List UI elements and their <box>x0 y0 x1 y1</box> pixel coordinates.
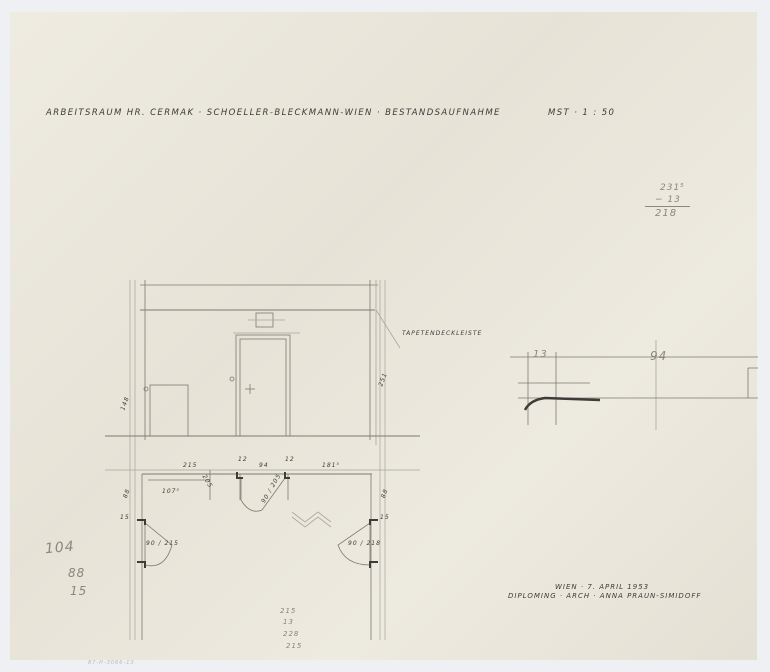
calc-result: 218 <box>655 208 677 219</box>
calc-bottom-3: 228 <box>283 630 299 638</box>
tapetendeckleiste-label: TAPETENDECKLEISTE <box>402 330 482 337</box>
door-right-dim: 90 / 218 <box>348 540 381 547</box>
door-left-dim: 90 / 215 <box>146 540 179 547</box>
scale-label: MST · 1 : 50 <box>548 108 615 118</box>
margin-note-104: 104 <box>44 539 75 558</box>
calc-line-1: 231⁵ <box>660 183 685 193</box>
calc-bottom-4: 215 <box>286 642 302 650</box>
detail-dim-94: 94 <box>650 349 667 363</box>
calc-bottom-1: 215 <box>280 607 296 615</box>
calc-bottom-2: 13 <box>283 618 294 626</box>
signature-architect: DIPLOMING · ARCH · ANNA PRAUN-SIMIDOFF <box>508 592 701 600</box>
dim-15-right: 15 <box>380 514 390 521</box>
dim-107-5: 107⁵ <box>162 488 180 495</box>
dim-215: 215 <box>183 462 197 469</box>
dim-94: 94 <box>259 462 269 469</box>
archive-stamp: 87-H-3066-13 <box>88 660 135 666</box>
margin-note-88: 88 <box>68 566 85 580</box>
architectural-linework <box>0 0 770 672</box>
dim-15-left: 15 <box>120 514 130 521</box>
calc-divider <box>645 206 690 207</box>
detail-dim-13: 13 <box>533 349 548 360</box>
calc-line-2: − 13 <box>655 195 681 205</box>
signature-date: WIEN · 7. APRIL 1953 <box>555 583 649 591</box>
dim-12-left: 12 <box>238 456 248 463</box>
dim-12-right: 12 <box>285 456 295 463</box>
margin-note-15: 15 <box>70 584 87 598</box>
dim-181-5: 181⁵ <box>322 462 340 469</box>
drawing-title: ARBEITSRAUM HR. CERMAK · SCHOELLER-BLECK… <box>46 108 501 118</box>
